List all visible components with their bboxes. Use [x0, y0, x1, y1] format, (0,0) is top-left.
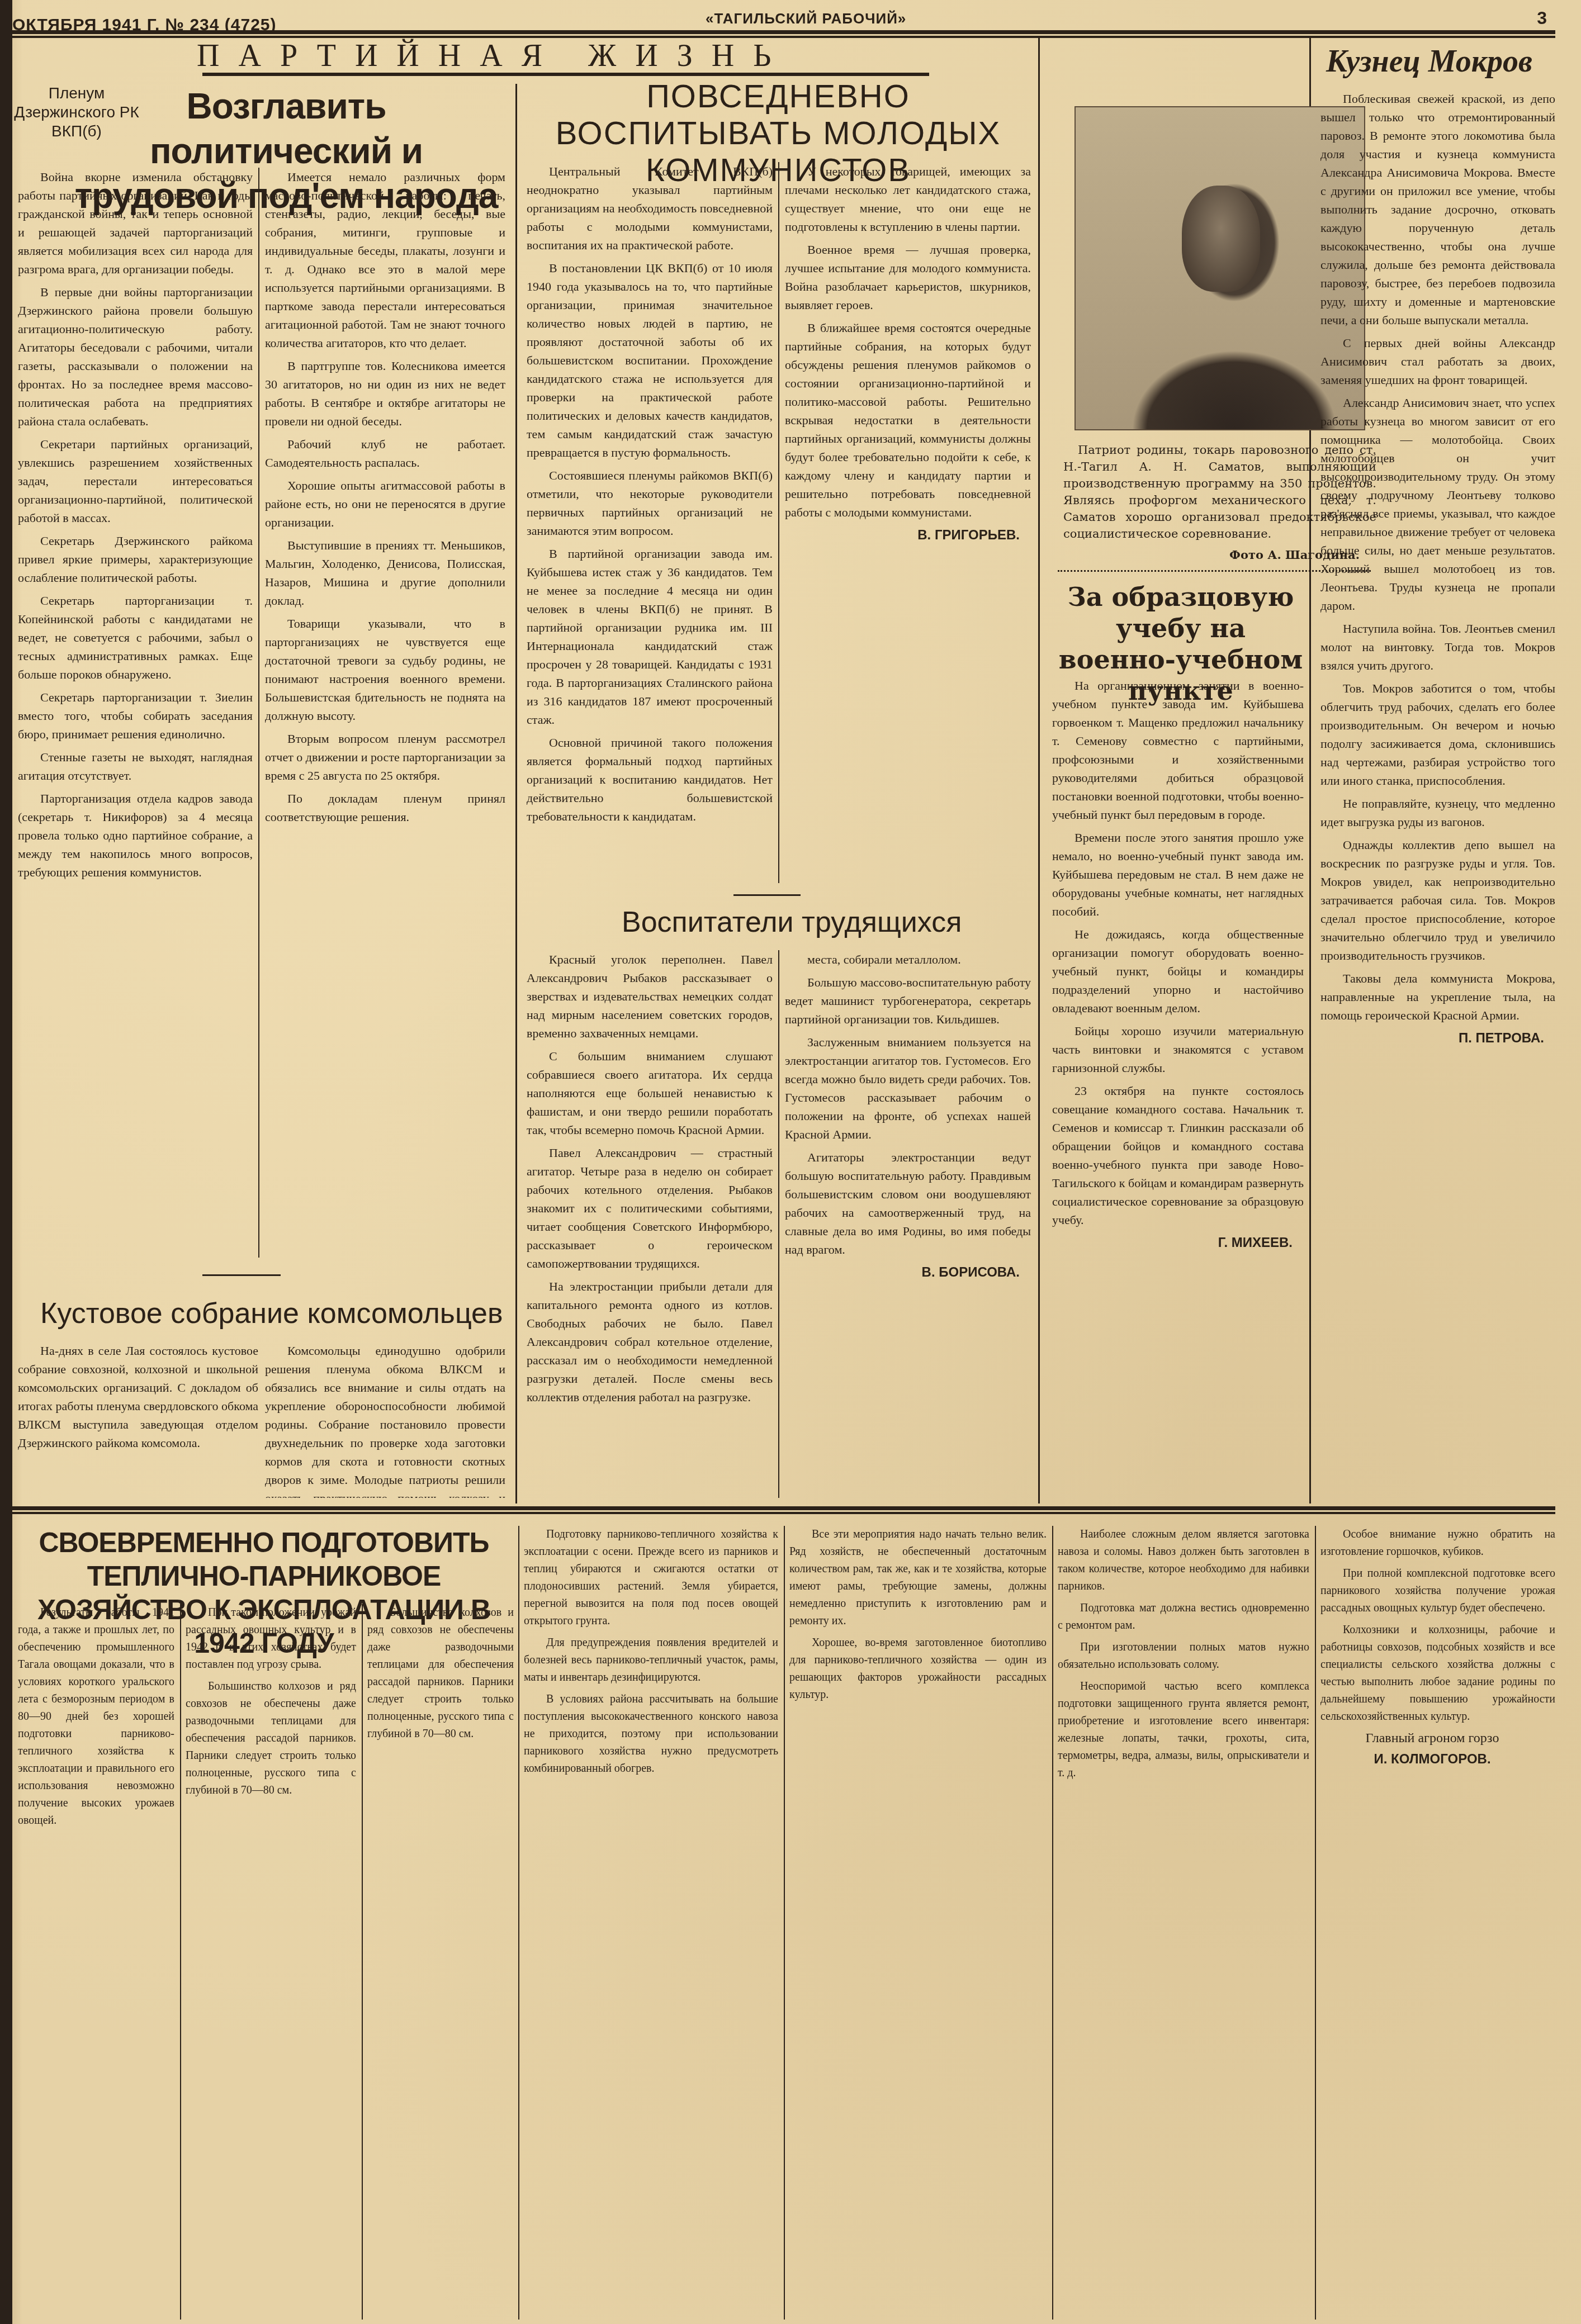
- page-number: 3: [1537, 8, 1547, 29]
- greenhouse-col-1: Результаты работы 1941 года, а также и п…: [18, 1604, 174, 2320]
- komsomol-body-right: Комсомольцы единодушно одобрили решения …: [265, 1341, 505, 1498]
- military-training-body: На организационном занятии в военно-учеб…: [1052, 676, 1304, 1481]
- educators-body-right: места, собирали металлолом. Большую масс…: [785, 950, 1031, 1504]
- column-rule: [362, 1604, 363, 2320]
- column-rule: [1315, 1526, 1316, 2320]
- article-divider: [733, 894, 801, 896]
- young-communists-body-left: Центральный Комитет ВКП(б) неоднократно …: [527, 162, 773, 889]
- greenhouse-col-7: Особое внимание нужно обратить на изгото…: [1320, 1526, 1555, 2320]
- column-rule: [1038, 36, 1040, 1504]
- section-title-underline: [202, 73, 929, 76]
- article-divider: [202, 1274, 281, 1276]
- educators-body-left: Красный уголок переполнен. Павел Алексан…: [527, 950, 773, 1481]
- komsomol-headline: Кустовое собрание комсомольцев: [40, 1297, 503, 1330]
- column-rule: [180, 1604, 181, 2320]
- greenhouse-col-2: При таком положении, урожай рассадных ов…: [186, 1604, 356, 2320]
- page-binding-edge: [0, 0, 12, 2324]
- column-rule: [518, 1526, 519, 2320]
- greenhouse-col-3: Большинство колхозов и ряд совхозов не о…: [367, 1604, 514, 2320]
- blacksmith-body: Поблескивая свежей краской, из депо выше…: [1320, 89, 1555, 1487]
- greenhouse-col-5: Все эти мероприятия надо начать тельно в…: [789, 1526, 1047, 2320]
- column-rule: [1052, 1526, 1053, 2320]
- young-communists-body-right: У некоторых товарищей, имеющих за плечам…: [785, 162, 1031, 889]
- column-rule: [515, 84, 517, 1504]
- plenum-body-right: Имеется немало различных форм массово-по…: [265, 168, 505, 1258]
- portrait-face: [1182, 186, 1260, 292]
- military-training-signature: Г. МИХЕЕВ.: [1052, 1234, 1304, 1252]
- blacksmith-headline: Кузнец Мокров: [1326, 44, 1532, 79]
- plenum-body-left: Война вкорне изменила обстановку работы …: [18, 168, 253, 1258]
- newspaper-page: ОКТЯБРЯ 1941 Г. № 234 (4725) «ТАГИЛЬСКИЙ…: [12, 0, 1581, 2324]
- educators-headline: Воспитатели трудящихся: [622, 905, 962, 939]
- lower-section-rule: [12, 1506, 1555, 1512]
- column-rule: [778, 162, 779, 883]
- komsomol-body-left: На-днях в селе Лая состоялось кустовое с…: [18, 1341, 258, 1498]
- greenhouse-col-4: Подготовку парниково-тепличного хозяйств…: [524, 1526, 778, 2320]
- masthead-rule: [12, 30, 1555, 36]
- column-rule: [778, 950, 779, 1498]
- blacksmith-signature: П. ПЕТРОВА.: [1320, 1029, 1555, 1047]
- greenhouse-signature: И. КОЛМОГОРОВ.: [1320, 1751, 1555, 1768]
- newspaper-name: «ТАГИЛЬСКИЙ РАБОЧИЙ»: [706, 10, 906, 27]
- young-communists-signature: В. ГРИГОРЬЕВ.: [785, 526, 1031, 544]
- section-title: ПАРТИЙНАЯ ЖИЗНЬ: [197, 38, 924, 74]
- column-rule: [784, 1526, 785, 2320]
- educators-signature: В. БОРИСОВА.: [785, 1263, 1031, 1282]
- greenhouse-col-6: Наиболее сложным делом является заготовк…: [1058, 1526, 1309, 2320]
- column-rule: [258, 168, 259, 1258]
- greenhouse-signature-title: Главный агроном горзо: [1320, 1730, 1555, 1747]
